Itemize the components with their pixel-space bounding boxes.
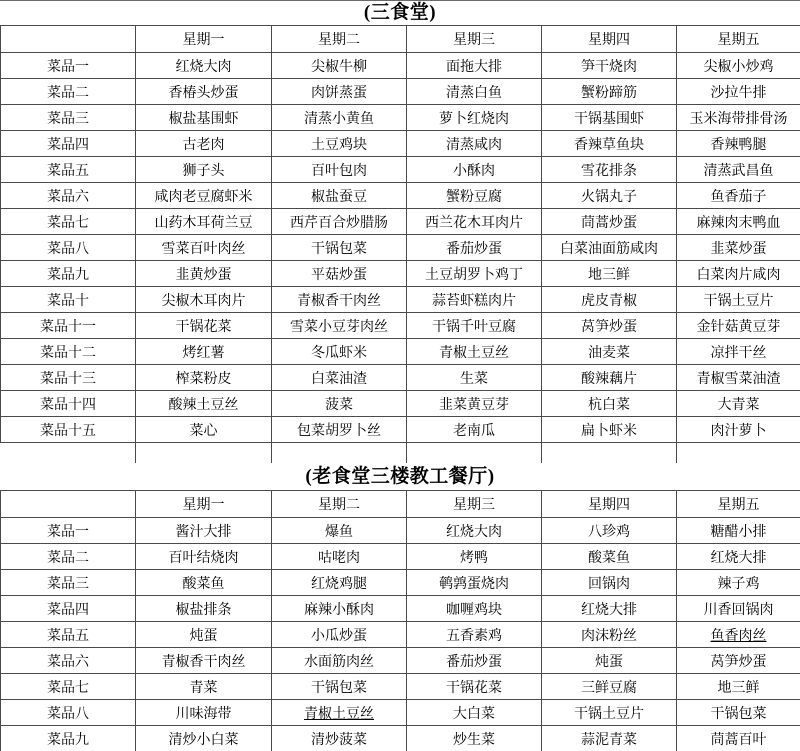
row-label: 菜品八 <box>1 235 136 261</box>
dish-cell: 大白菜 <box>407 700 542 726</box>
dish-cell: 干锅包菜 <box>272 674 407 700</box>
dish-cell: 韭菜黄豆芽 <box>407 391 542 417</box>
dish-cell: 香椿头炒蛋 <box>136 79 272 105</box>
dish-cell: 炒生菜 <box>407 726 542 751</box>
dish-cell: 萝卜红烧肉 <box>407 105 542 131</box>
dish-cell: 包菜胡罗卜丝 <box>272 417 407 443</box>
dish-cell: 沙拉牛排 <box>677 79 800 105</box>
dish-cell: 干锅土豆片 <box>542 700 677 726</box>
column-line-stub <box>406 443 407 463</box>
weekly-menu-sheet: (三食堂) 星期一星期二星期三星期四星期五菜品一红烧大肉尖椒牛柳面拖大排笋干烧肉… <box>0 0 800 751</box>
dish-cell: 白菜肉片咸肉 <box>677 261 800 287</box>
day-header: 星期二 <box>272 491 407 518</box>
day-header: 星期二 <box>272 26 407 53</box>
dish-cell: 小酥肉 <box>407 157 542 183</box>
dish-cell: 平菇炒蛋 <box>272 261 407 287</box>
dish-cell: 炖蛋 <box>542 648 677 674</box>
menu-row: 菜品七山药木耳荷兰豆西芹百合炒腊肠西兰花木耳肉片茼蒿炒蛋麻辣肉末鸭血 <box>1 209 800 235</box>
row-label: 菜品九 <box>1 726 136 751</box>
row-label: 菜品二 <box>1 544 136 570</box>
dish-cell: 百叶结烧肉 <box>136 544 272 570</box>
menu-row: 菜品十五菜心包菜胡罗卜丝老南瓜扁卜虾米肉汁萝卜 <box>1 417 800 443</box>
dish-cell: 蟹粉豆腐 <box>407 183 542 209</box>
dish-cell: 香辣鸭腿 <box>677 131 800 157</box>
dish-cell: 酸菜鱼 <box>542 544 677 570</box>
dish-cell: 红烧大肉 <box>136 53 272 79</box>
dish-cell: 清蒸武昌鱼 <box>677 157 800 183</box>
dish-cell: 麻辣小酥肉 <box>272 596 407 622</box>
dish-cell: 西芹百合炒腊肠 <box>272 209 407 235</box>
corner-cell <box>1 491 136 518</box>
dish-cell: 尖椒木耳肉片 <box>136 287 272 313</box>
dish-cell: 川味海带 <box>136 700 272 726</box>
dish-cell: 鱼香肉丝 <box>677 622 800 648</box>
dish-cell: 杭白菜 <box>542 391 677 417</box>
menu-row: 菜品十四酸辣土豆丝菠菜韭菜黄豆芽杭白菜大青菜 <box>1 391 800 417</box>
dish-cell: 肉饼蒸蛋 <box>272 79 407 105</box>
dish-cell: 韭菜炒蛋 <box>677 235 800 261</box>
dish-cell: 青菜 <box>136 674 272 700</box>
menu-row: 菜品八雪菜百叶肉丝干锅包菜番茄炒蛋白菜油面筋咸肉韭菜炒蛋 <box>1 235 800 261</box>
dish-cell: 爆鱼 <box>272 518 407 544</box>
menu-row: 菜品十尖椒木耳肉片青椒香干肉丝蒜苔虾糕肉片虎皮青椒干锅土豆片 <box>1 287 800 313</box>
menu-row: 菜品六青椒香干肉丝水面筋肉丝番茄炒蛋炖蛋莴笋炒蛋 <box>1 648 800 674</box>
row-label: 菜品十五 <box>1 417 136 443</box>
dish-cell: 麻辣肉末鸭血 <box>677 209 800 235</box>
dish-cell: 红烧大排 <box>542 596 677 622</box>
menu-row: 菜品五炖蛋小瓜炒蛋五香素鸡肉沫粉丝鱼香肉丝 <box>1 622 800 648</box>
dish-cell: 青椒雪菜油渣 <box>677 365 800 391</box>
menu-row: 菜品九韭黄炒蛋平菇炒蛋土豆胡罗卜鸡丁地三鲜白菜肉片咸肉 <box>1 261 800 287</box>
dish-cell: 蟹粉蹄筋 <box>542 79 677 105</box>
row-label: 菜品五 <box>1 622 136 648</box>
row-label: 菜品十 <box>1 287 136 313</box>
dish-cell: 糖醋小排 <box>677 518 800 544</box>
menu-row: 菜品九清炒小白菜清炒菠菜炒生菜蒜泥青菜茼蒿百叶 <box>1 726 800 751</box>
dish-cell: 三鲜豆腐 <box>542 674 677 700</box>
day-header: 星期四 <box>542 491 677 518</box>
staff-restaurant-menu-table: 星期一星期二星期三星期四星期五菜品一酱汁大排爆鱼红烧大肉八珍鸡糖醋小排菜品二百叶… <box>0 490 800 751</box>
dish-cell: 青椒土豆丝 <box>272 700 407 726</box>
day-header: 星期一 <box>136 491 272 518</box>
table-gap-column-stubs <box>0 443 800 463</box>
dish-cell: 肉汁萝卜 <box>677 417 800 443</box>
dish-cell: 干锅包菜 <box>677 700 800 726</box>
row-label: 菜品六 <box>1 648 136 674</box>
dish-cell: 青椒香干肉丝 <box>272 287 407 313</box>
dish-cell: 咕咾肉 <box>272 544 407 570</box>
dish-cell: 地三鲜 <box>542 261 677 287</box>
dish-cell: 干锅土豆片 <box>677 287 800 313</box>
dish-cell: 酱汁大排 <box>136 518 272 544</box>
column-line-stub <box>135 443 136 463</box>
dish-cell: 红烧大肉 <box>407 518 542 544</box>
row-label: 菜品十一 <box>1 313 136 339</box>
dish-cell: 西兰花木耳肉片 <box>407 209 542 235</box>
day-header: 星期五 <box>677 26 800 53</box>
dish-cell: 土豆鸡块 <box>272 131 407 157</box>
dish-cell: 椒盐排条 <box>136 596 272 622</box>
dish-cell: 生菜 <box>407 365 542 391</box>
menu-row: 菜品二百叶结烧肉咕咾肉烤鸭酸菜鱼红烧大排 <box>1 544 800 570</box>
dish-cell: 古老肉 <box>136 131 272 157</box>
dish-cell: 尖椒小炒鸡 <box>677 53 800 79</box>
dish-cell: 大青菜 <box>677 391 800 417</box>
dish-cell: 回锅肉 <box>542 570 677 596</box>
row-label: 菜品七 <box>1 674 136 700</box>
menu-row: 菜品十一干锅花菜雪菜小豆芽肉丝干锅千叶豆腐莴笋炒蛋金针菇黄豆芽 <box>1 313 800 339</box>
column-line-stub <box>676 443 677 463</box>
dish-cell: 笋干烧肉 <box>542 53 677 79</box>
canteen-3-title: (三食堂) <box>0 0 800 25</box>
dish-cell: 尖椒牛柳 <box>272 53 407 79</box>
row-label: 菜品七 <box>1 209 136 235</box>
dish-cell: 鹌鹑蛋烧肉 <box>407 570 542 596</box>
row-label: 菜品六 <box>1 183 136 209</box>
dish-cell: 香辣草鱼块 <box>542 131 677 157</box>
dish-cell: 烤鸭 <box>407 544 542 570</box>
menu-row: 菜品五狮子头百叶包肉小酥肉雪花排条清蒸武昌鱼 <box>1 157 800 183</box>
dish-cell: 油麦菜 <box>542 339 677 365</box>
dish-cell: 冬瓜虾米 <box>272 339 407 365</box>
dish-cell: 川香回锅肉 <box>677 596 800 622</box>
dish-cell: 虎皮青椒 <box>542 287 677 313</box>
row-label: 菜品五 <box>1 157 136 183</box>
menu-row: 菜品一红烧大肉尖椒牛柳面拖大排笋干烧肉尖椒小炒鸡 <box>1 53 800 79</box>
menu-row: 菜品四椒盐排条麻辣小酥肉咖喱鸡块红烧大排川香回锅肉 <box>1 596 800 622</box>
dish-cell: 清蒸小黄鱼 <box>272 105 407 131</box>
dish-cell: 干锅包菜 <box>272 235 407 261</box>
day-header: 星期三 <box>407 491 542 518</box>
dish-cell: 酸辣土豆丝 <box>136 391 272 417</box>
dish-cell: 清蒸咸肉 <box>407 131 542 157</box>
dish-cell: 八珍鸡 <box>542 518 677 544</box>
row-label: 菜品一 <box>1 53 136 79</box>
day-header: 星期四 <box>542 26 677 53</box>
dish-cell: 老南瓜 <box>407 417 542 443</box>
dish-cell: 菠菜 <box>272 391 407 417</box>
row-label: 菜品十二 <box>1 339 136 365</box>
dish-cell: 韭黄炒蛋 <box>136 261 272 287</box>
menu-row: 菜品三椒盐基围虾清蒸小黄鱼萝卜红烧肉干锅基围虾玉米海带排骨汤 <box>1 105 800 131</box>
dish-cell: 茼蒿百叶 <box>677 726 800 751</box>
menu-row: 菜品八川味海带青椒土豆丝大白菜干锅土豆片干锅包菜 <box>1 700 800 726</box>
day-header: 星期五 <box>677 491 800 518</box>
row-label: 菜品一 <box>1 518 136 544</box>
day-header: 星期一 <box>136 26 272 53</box>
dish-cell: 干锅花菜 <box>136 313 272 339</box>
dish-cell: 金针菇黄豆芽 <box>677 313 800 339</box>
dish-cell: 清蒸白鱼 <box>407 79 542 105</box>
menu-row: 菜品七青菜干锅包菜干锅花菜三鲜豆腐地三鲜 <box>1 674 800 700</box>
dish-cell: 番茄炒蛋 <box>407 235 542 261</box>
staff-restaurant-title: (老食堂三楼教工餐厅) <box>0 463 800 490</box>
column-line-stub <box>271 443 272 463</box>
dish-cell: 玉米海带排骨汤 <box>677 105 800 131</box>
dish-cell: 干锅千叶豆腐 <box>407 313 542 339</box>
dish-cell: 椒盐基围虾 <box>136 105 272 131</box>
dish-cell: 雪花排条 <box>542 157 677 183</box>
dish-cell: 炖蛋 <box>136 622 272 648</box>
dish-cell: 白菜油面筋咸肉 <box>542 235 677 261</box>
dish-cell: 扁卜虾米 <box>542 417 677 443</box>
day-header: 星期三 <box>407 26 542 53</box>
dish-cell: 咖喱鸡块 <box>407 596 542 622</box>
dish-cell: 干锅花菜 <box>407 674 542 700</box>
row-label: 菜品四 <box>1 131 136 157</box>
menu-row: 菜品六咸肉老豆腐虾米椒盐蚕豆蟹粉豆腐火锅丸子鱼香茄子 <box>1 183 800 209</box>
dish-cell: 山药木耳荷兰豆 <box>136 209 272 235</box>
dish-cell: 雪菜百叶肉丝 <box>136 235 272 261</box>
dish-cell: 酸辣藕片 <box>542 365 677 391</box>
dish-cell: 椒盐蚕豆 <box>272 183 407 209</box>
menu-row: 菜品一酱汁大排爆鱼红烧大肉八珍鸡糖醋小排 <box>1 518 800 544</box>
row-label: 菜品三 <box>1 105 136 131</box>
column-line-stub <box>541 443 542 463</box>
canteen-3-menu-table: 星期一星期二星期三星期四星期五菜品一红烧大肉尖椒牛柳面拖大排笋干烧肉尖椒小炒鸡菜… <box>0 25 800 443</box>
menu-row: 菜品二香椿头炒蛋肉饼蒸蛋清蒸白鱼蟹粉蹄筋沙拉牛排 <box>1 79 800 105</box>
dish-cell: 火锅丸子 <box>542 183 677 209</box>
dish-cell: 百叶包肉 <box>272 157 407 183</box>
dish-cell: 莴笋炒蛋 <box>677 648 800 674</box>
dish-cell: 五香素鸡 <box>407 622 542 648</box>
dish-cell: 土豆胡罗卜鸡丁 <box>407 261 542 287</box>
dish-cell: 面拖大排 <box>407 53 542 79</box>
dish-cell: 菜心 <box>136 417 272 443</box>
row-label: 菜品十四 <box>1 391 136 417</box>
dish-cell: 辣子鸡 <box>677 570 800 596</box>
dish-cell: 红烧大排 <box>677 544 800 570</box>
dish-cell: 蒜泥青菜 <box>542 726 677 751</box>
dish-cell: 青椒土豆丝 <box>407 339 542 365</box>
dish-cell: 清炒小白菜 <box>136 726 272 751</box>
row-label: 菜品二 <box>1 79 136 105</box>
dish-cell: 榨菜粉皮 <box>136 365 272 391</box>
dish-cell: 小瓜炒蛋 <box>272 622 407 648</box>
dish-cell: 烤红薯 <box>136 339 272 365</box>
row-label: 菜品八 <box>1 700 136 726</box>
dish-cell: 雪菜小豆芽肉丝 <box>272 313 407 339</box>
menu-row: 菜品十三榨菜粉皮白菜油渣生菜酸辣藕片青椒雪菜油渣 <box>1 365 800 391</box>
dish-cell: 白菜油渣 <box>272 365 407 391</box>
dish-cell: 茼蒿炒蛋 <box>542 209 677 235</box>
row-label: 菜品十三 <box>1 365 136 391</box>
dish-cell: 酸菜鱼 <box>136 570 272 596</box>
dish-cell: 凉拌干丝 <box>677 339 800 365</box>
dish-cell: 干锅基围虾 <box>542 105 677 131</box>
menu-row: 菜品十二烤红薯冬瓜虾米青椒土豆丝油麦菜凉拌干丝 <box>1 339 800 365</box>
row-label: 菜品三 <box>1 570 136 596</box>
header-row: 星期一星期二星期三星期四星期五 <box>1 491 800 518</box>
row-label: 菜品九 <box>1 261 136 287</box>
dish-cell: 青椒香干肉丝 <box>136 648 272 674</box>
dish-cell: 水面筋肉丝 <box>272 648 407 674</box>
dish-cell: 咸肉老豆腐虾米 <box>136 183 272 209</box>
dish-cell: 狮子头 <box>136 157 272 183</box>
dish-cell: 清炒菠菜 <box>272 726 407 751</box>
row-label: 菜品四 <box>1 596 136 622</box>
dish-cell: 鱼香茄子 <box>677 183 800 209</box>
header-row: 星期一星期二星期三星期四星期五 <box>1 26 800 53</box>
dish-cell: 肉沫粉丝 <box>542 622 677 648</box>
dish-cell: 地三鲜 <box>677 674 800 700</box>
corner-cell <box>1 26 136 53</box>
dish-cell: 蒜苔虾糕肉片 <box>407 287 542 313</box>
menu-row: 菜品四古老肉土豆鸡块清蒸咸肉香辣草鱼块香辣鸭腿 <box>1 131 800 157</box>
dish-cell: 莴笋炒蛋 <box>542 313 677 339</box>
menu-row: 菜品三酸菜鱼红烧鸡腿鹌鹑蛋烧肉回锅肉辣子鸡 <box>1 570 800 596</box>
dish-cell: 红烧鸡腿 <box>272 570 407 596</box>
dish-cell: 番茄炒蛋 <box>407 648 542 674</box>
